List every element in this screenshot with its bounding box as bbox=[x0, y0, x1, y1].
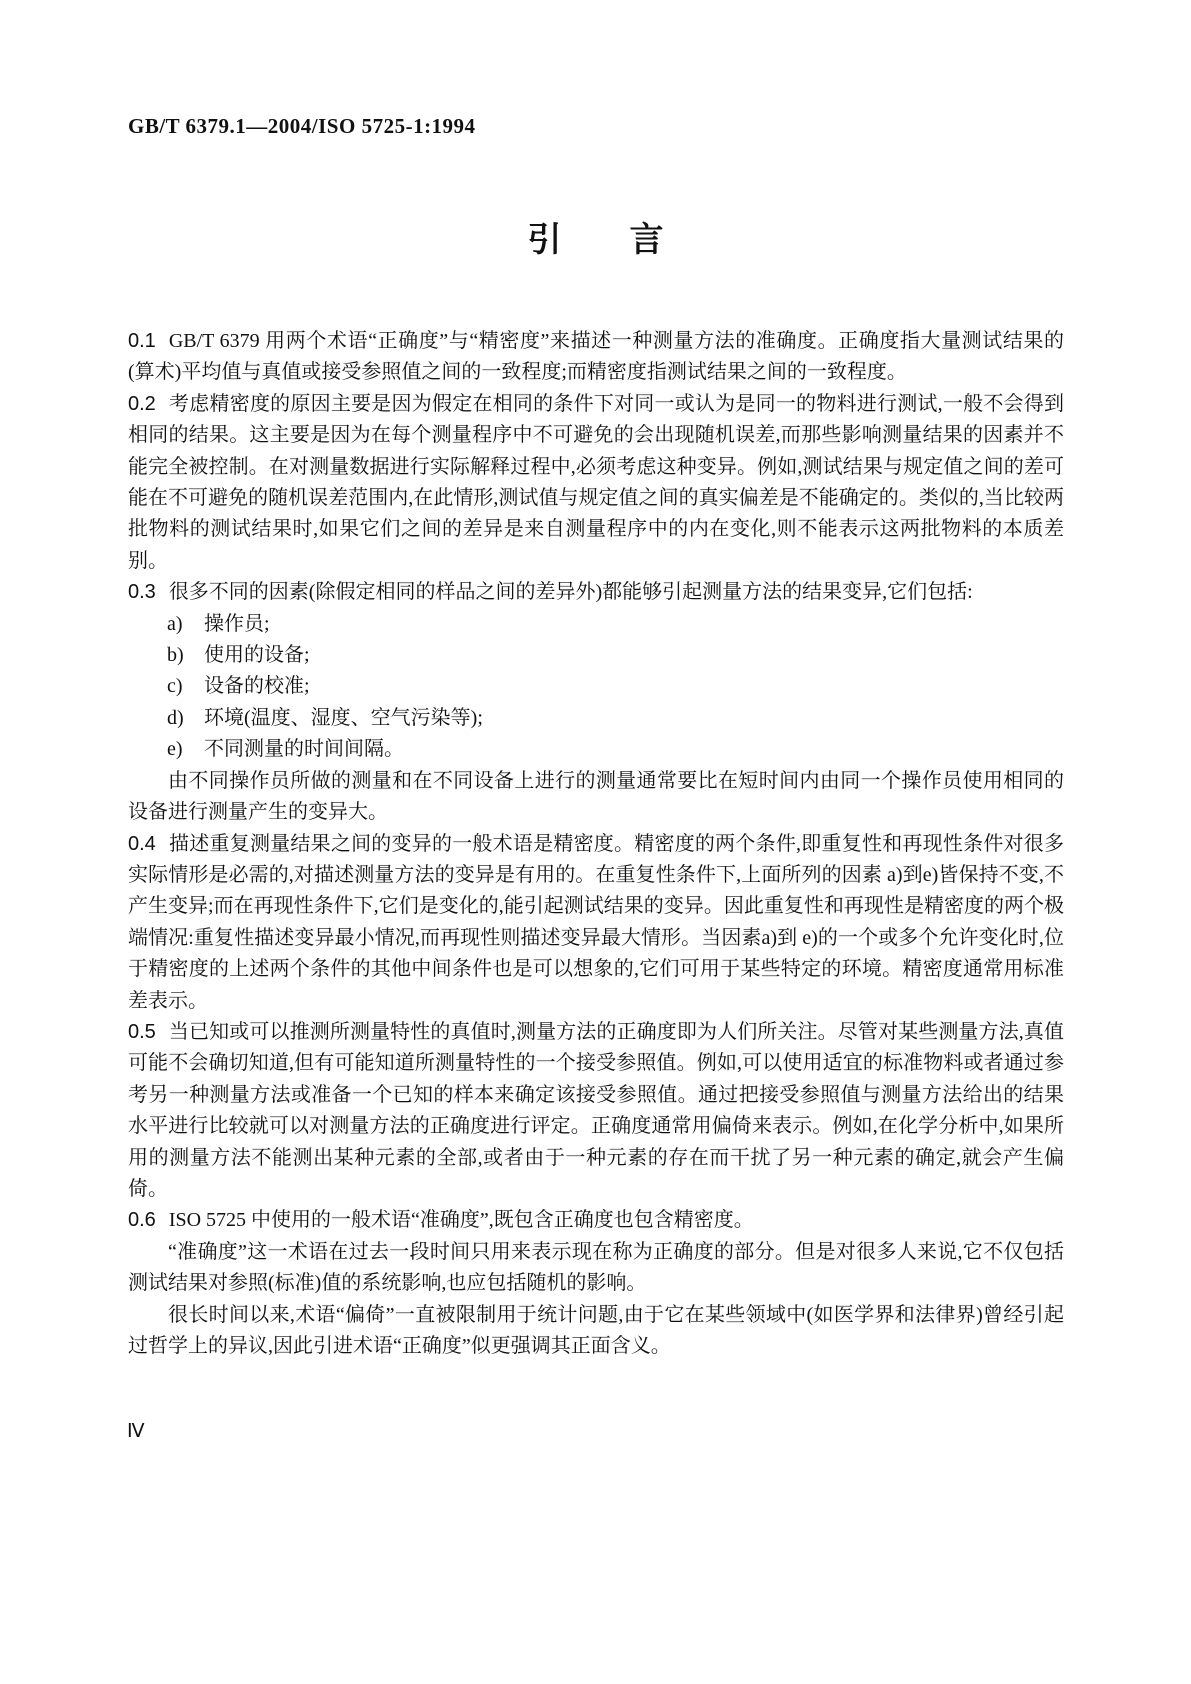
clause-text: GB/T 6379 用两个术语“正确度”与“精密度”来描述一种测量方法的准确度。… bbox=[128, 330, 1064, 383]
list-item-d: d)环境(温度、湿度、空气污染等); bbox=[128, 703, 1064, 734]
clause-number: 0.1 bbox=[128, 330, 156, 352]
list-item-text: 操作员; bbox=[204, 613, 270, 635]
list-item-b: b)使用的设备; bbox=[128, 640, 1064, 671]
clause-text: 很多不同的因素(除假定相同的样品之间的差异外)都能够引起测量方法的结果变异,它们… bbox=[169, 581, 973, 603]
clause-number: 0.4 bbox=[128, 833, 156, 855]
clause-0-5: 0.5当已知或可以推测所测量特性的真值时,测量方法的正确度即为人们所关注。尽管对… bbox=[128, 1017, 1064, 1205]
page-number: Ⅳ bbox=[127, 1420, 145, 1443]
document-body: 0.1GB/T 6379 用两个术语“正确度”与“精密度”来描述一种测量方法的准… bbox=[128, 326, 1064, 1362]
list-item-text: 使用的设备; bbox=[204, 644, 310, 666]
list-item-text: 设备的校准; bbox=[204, 675, 310, 697]
list-item-label: b) bbox=[167, 640, 204, 671]
list-item-text: 环境(温度、湿度、空气污染等); bbox=[204, 707, 483, 729]
clause-0-1: 0.1GB/T 6379 用两个术语“正确度”与“精密度”来描述一种测量方法的准… bbox=[128, 326, 1064, 389]
clause-text: ISO 5725 中使用的一般术语“准确度”,既包含正确度也包含精密度。 bbox=[169, 1209, 754, 1231]
clause-text: 描述重复测量结果之间的变异的一般术语是精密度。精密度的两个条件,即重复性和再现性… bbox=[128, 833, 1064, 1012]
list-item-label: c) bbox=[167, 671, 204, 702]
standard-number-header: GB/T 6379.1—2004/ISO 5725-1:1994 bbox=[128, 114, 476, 139]
clause-text: 当已知或可以推测所测量特性的真值时,测量方法的正确度即为人们所关注。尽管对某些测… bbox=[128, 1021, 1064, 1200]
page-title: 引 言 bbox=[0, 212, 1191, 261]
list-item-e: e)不同测量的时间间隔。 bbox=[128, 734, 1064, 765]
clause-text: 考虑精密度的原因主要是因为假定在相同的条件下对同一或认为是同一的物料进行测试,一… bbox=[128, 393, 1064, 572]
list-item-label: e) bbox=[167, 734, 204, 765]
accuracy-term-paragraph: “准确度”这一术语在过去一段时间只用来表示现在称为正确度的部分。但是对很多人来说… bbox=[128, 1237, 1064, 1300]
list-item-c: c)设备的校准; bbox=[128, 671, 1064, 702]
operator-variation-paragraph: 由不同操作员所做的测量和在不同设备上进行的测量通常要比在短时间内由同一个操作员使… bbox=[128, 766, 1064, 829]
list-item-text: 不同测量的时间间隔。 bbox=[204, 738, 404, 760]
clause-0-4: 0.4描述重复测量结果之间的变异的一般术语是精密度。精密度的两个条件,即重复性和… bbox=[128, 829, 1064, 1017]
clause-number: 0.6 bbox=[128, 1209, 156, 1231]
clause-0-3: 0.3很多不同的因素(除假定相同的样品之间的差异外)都能够引起测量方法的结果变异… bbox=[128, 577, 1064, 608]
clause-number: 0.3 bbox=[128, 581, 156, 603]
clause-number: 0.2 bbox=[128, 393, 156, 415]
list-item-label: d) bbox=[167, 703, 204, 734]
clause-0-6: 0.6ISO 5725 中使用的一般术语“准确度”,既包含正确度也包含精密度。 bbox=[128, 1205, 1064, 1236]
bias-term-paragraph: 很长时间以来,术语“偏倚”一直被限制用于统计问题,由于它在某些领域中(如医学界和… bbox=[128, 1300, 1064, 1363]
clause-0-2: 0.2考虑精密度的原因主要是因为假定在相同的条件下对同一或认为是同一的物料进行测… bbox=[128, 389, 1064, 577]
clause-number: 0.5 bbox=[128, 1021, 156, 1043]
document-page: GB/T 6379.1—2004/ISO 5725-1:1994 引 言 0.1… bbox=[0, 0, 1191, 1684]
list-item-a: a)操作员; bbox=[128, 609, 1064, 640]
list-item-label: a) bbox=[167, 609, 204, 640]
